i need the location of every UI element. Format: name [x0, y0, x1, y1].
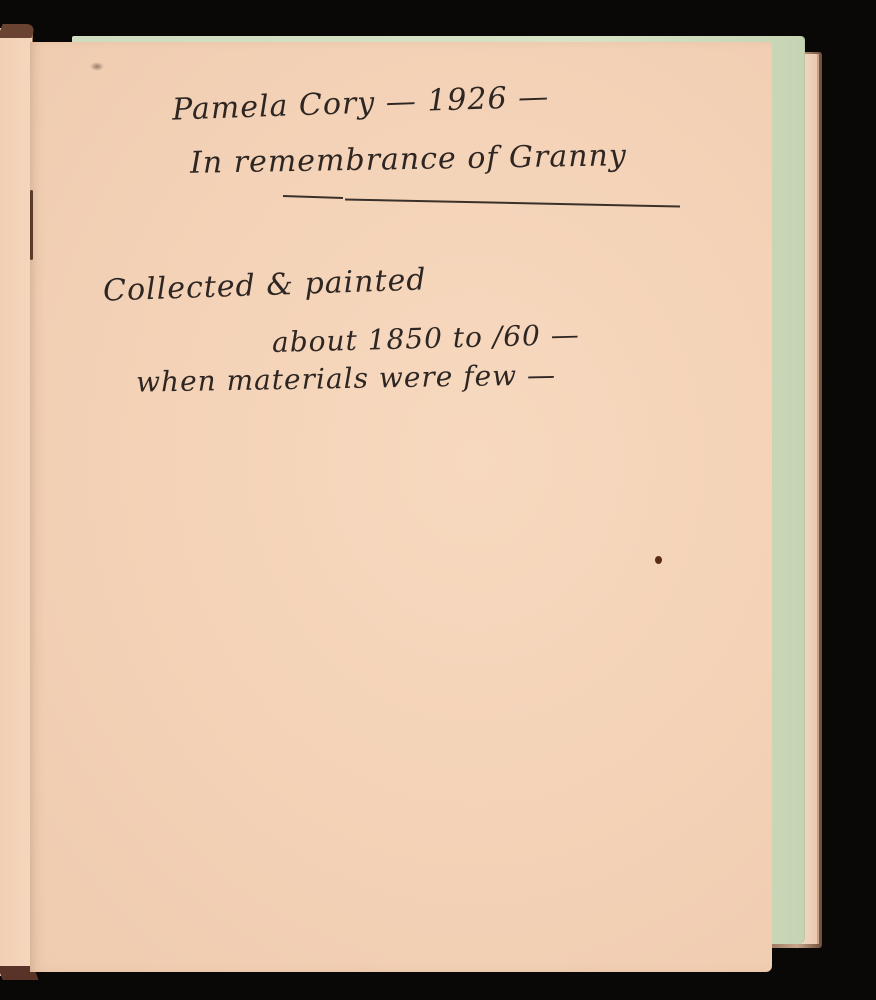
book-photo: Pamela Cory — 1926 — In remembrance of G…: [0, 0, 876, 1000]
foxing-spot: [655, 556, 662, 564]
page-smudge: [90, 62, 104, 71]
right-page: [30, 42, 772, 972]
cover-corner-top: [0, 24, 37, 38]
spine-wear: [30, 190, 33, 260]
left-page: [0, 28, 33, 976]
